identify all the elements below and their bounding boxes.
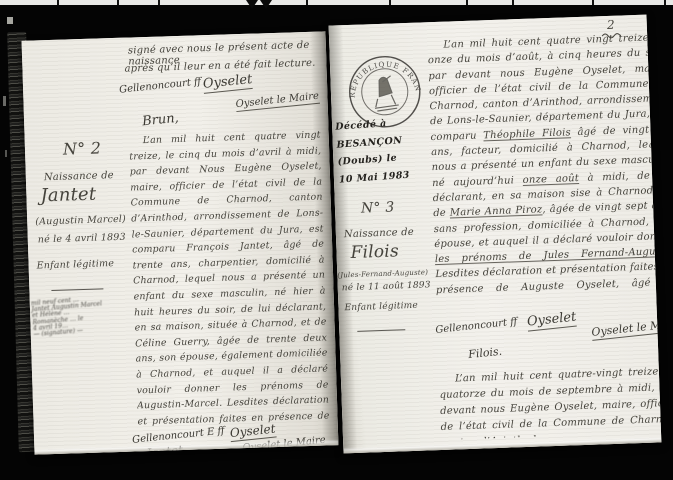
signature-officer2: Oyselet le Maire — [591, 316, 662, 341]
margin-divider — [357, 329, 405, 332]
signature-witness: Gellenoncourt ff — [119, 76, 202, 95]
surname: Filois — [350, 241, 399, 263]
legitimacy-note: Enfant légitime — [344, 301, 418, 314]
act-heading: Naissance de — [44, 170, 114, 183]
act-4-opening-text: L’an mil huit cent quatre-vingt treize, … — [439, 364, 662, 440]
right-margin-column: N° 3 Naissance de Filois (Jules-Fernand-… — [329, 15, 647, 26]
left-margin-column: N° 2 Naissance de Jantet (Augustin Marce… — [22, 31, 326, 41]
film-tick — [664, 0, 666, 5]
film-edge-strip — [0, 0, 673, 5]
film-tick — [466, 0, 468, 5]
film-speck — [3, 96, 6, 106]
act-number: N° 2 — [63, 138, 102, 158]
page-edge-highlight — [343, 436, 661, 453]
film-tick — [512, 0, 514, 5]
left-main-column: signé avec nous le présent acte de naiss… — [22, 31, 326, 41]
page-edge-highlight — [34, 439, 338, 455]
signature-officer2: Oyselet le Maire — [235, 91, 319, 112]
act-heading: Naissance de — [344, 227, 414, 240]
left-page: N° 2 Naissance de Jantet (Augustin Marce… — [22, 31, 339, 454]
signature-officer: Oyselet — [526, 310, 577, 332]
given-names: (Augustin Marcel) — [35, 214, 126, 228]
act-3-body-text: L’an mil huit cent quatre vingt treize, … — [427, 30, 661, 300]
act3-father-name: Théophile Filois — [483, 127, 571, 141]
signature-father: Filois. — [468, 345, 503, 361]
legitimacy-note: Enfant légitime — [36, 258, 114, 271]
film-tick — [306, 0, 308, 5]
right-page: 2 RÉPUBLIQUE FRANÇAISE — [329, 15, 662, 454]
film-tick — [158, 0, 160, 5]
surname: Jantet — [40, 184, 96, 207]
folio-number: 2 — [607, 18, 615, 32]
signature-brun: Brun, — [141, 111, 179, 130]
act3-birth-date: onze août — [523, 173, 580, 186]
film-tick — [389, 0, 391, 5]
right-main-column: L’an mil huit cent quatre vingt treize, … — [329, 15, 647, 26]
film-frame-marker-icon — [260, 0, 272, 9]
signature-officer: Oyselet — [229, 422, 276, 443]
marriage-mention-stamp: mil neuf cent … Jantet Augustin Marcel e… — [31, 293, 130, 338]
marianne-figure-icon — [371, 75, 399, 111]
act-number: N° 3 — [361, 199, 395, 216]
birth-date: né le 4 avril 1893 — [38, 232, 126, 246]
margin-divider — [51, 288, 103, 291]
film-tick — [117, 0, 119, 5]
film-speck — [5, 150, 7, 157]
signature-witness: Gellenoncourt ff — [435, 316, 518, 336]
birth-date: né le 11 août 1893 — [342, 280, 431, 293]
register-scan: N° 2 Naissance de Jantet (Augustin Marce… — [0, 0, 673, 480]
film-tick — [57, 0, 59, 5]
act3-mother-name: Marie Anna Piroz — [450, 205, 543, 219]
film-frame-marker-icon — [246, 0, 258, 9]
film-speck — [7, 17, 13, 24]
signature-officer: Oyselet — [202, 72, 253, 94]
film-tick — [592, 0, 594, 5]
act-2-body-text: L’an mil huit cent quatre vingt treize, … — [129, 128, 330, 430]
